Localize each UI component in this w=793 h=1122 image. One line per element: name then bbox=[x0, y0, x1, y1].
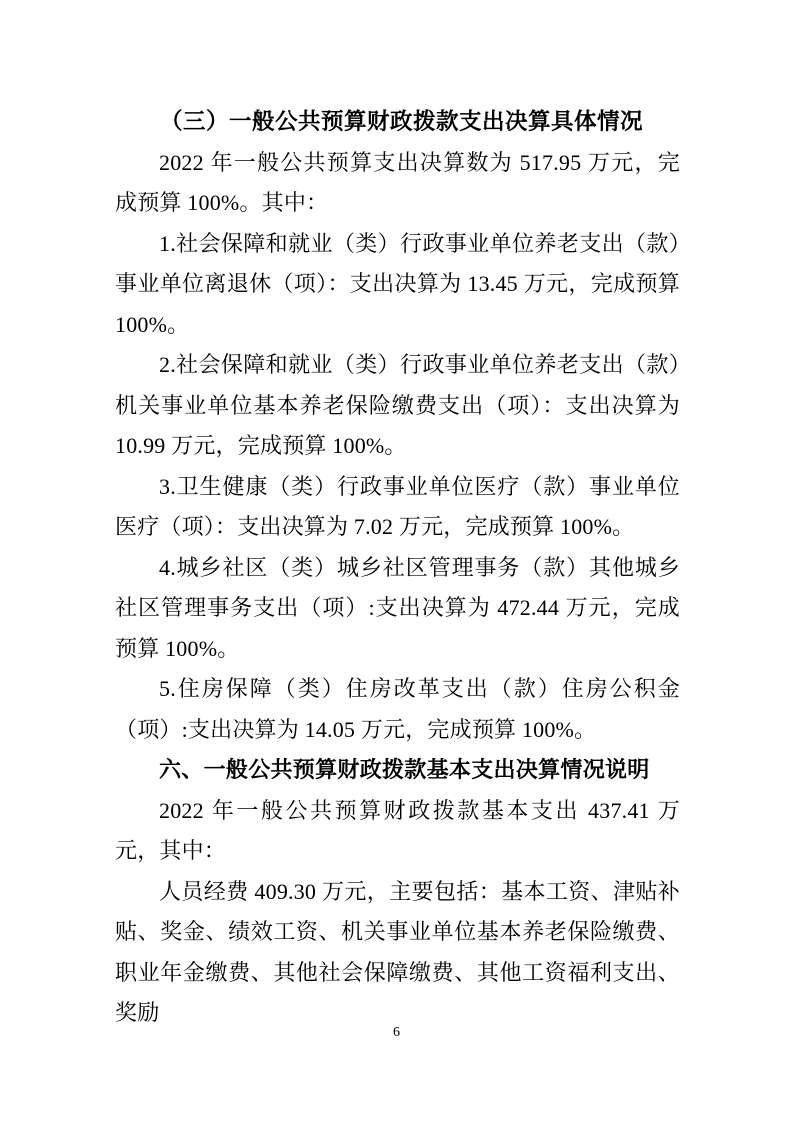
para-total-expenditure: 2022 年一般公共预算支出决算数为 517.95 万元，完成预算 100%。其… bbox=[115, 143, 680, 224]
document-page: （三）一般公共预算财政拨款支出决算具体情况 2022 年一般公共预算支出决算数为… bbox=[0, 0, 793, 1122]
para-basic-expenditure: 2022 年一般公共预算财政拨款基本支出 437.41 万元，其中： bbox=[115, 791, 680, 872]
section-heading-6: 六、一般公共预算财政拨款基本支出决算情况说明 bbox=[115, 750, 680, 791]
section-heading-3: （三）一般公共预算财政拨款支出决算具体情况 bbox=[115, 102, 680, 143]
page-number: 6 bbox=[0, 1024, 793, 1042]
para-item-5-housing-fund: 5.住房保障（类）住房改革支出（款）住房公积金（项）:支出决算为 14.05 万… bbox=[115, 669, 680, 750]
para-personnel-expenses: 人员经费 409.30 万元，主要包括：基本工资、津贴补贴、奖金、绩效工资、机关… bbox=[115, 872, 680, 1034]
para-item-2-pension-insurance: 2.社会保障和就业（类）行政事业单位养老支出（款）机关事业单位基本养老保险缴费支… bbox=[115, 345, 680, 467]
para-item-4-urban-rural-community: 4.城乡社区（类）城乡社区管理事务（款）其他城乡社区管理事务支出（项）:支出决算… bbox=[115, 548, 680, 670]
document-body: （三）一般公共预算财政拨款支出决算具体情况 2022 年一般公共预算支出决算数为… bbox=[115, 102, 680, 1034]
para-item-3-health-medical: 3.卫生健康（类）行政事业单位医疗（款）事业单位医疗（项）：支出决算为 7.02… bbox=[115, 467, 680, 548]
para-item-1-pension-retirees: 1.社会保障和就业（类）行政事业单位养老支出（款）事业单位离退休（项）：支出决算… bbox=[115, 224, 680, 346]
